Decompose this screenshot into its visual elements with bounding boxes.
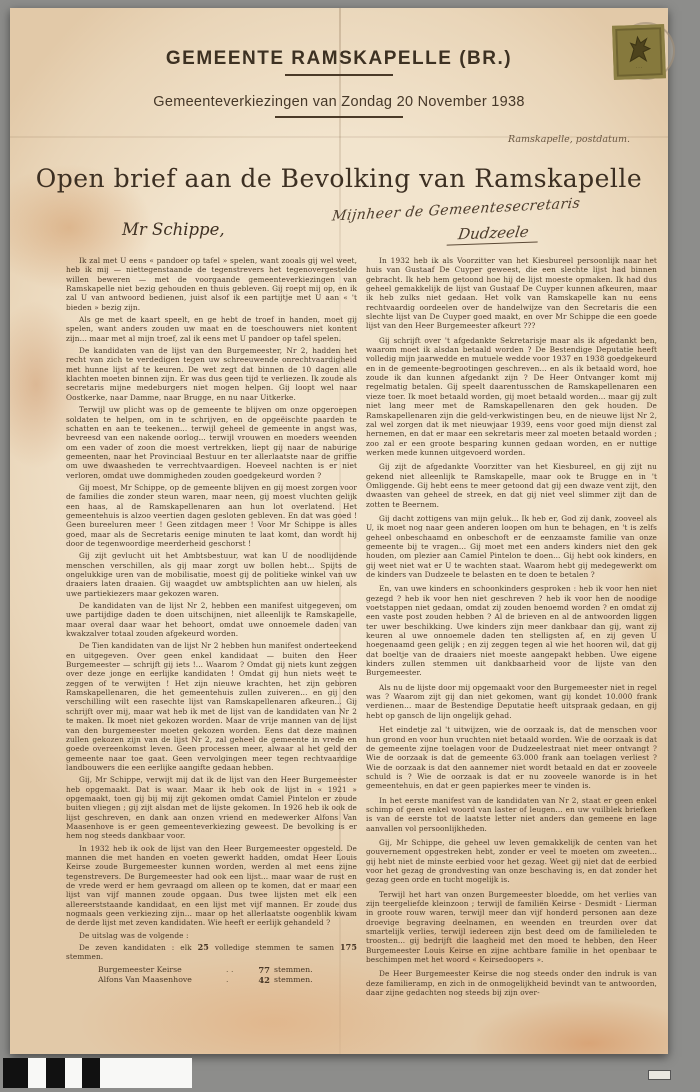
handwritten-recipient-line1: Mijnheer de Gemeentesecretaris xyxy=(331,195,581,224)
stamp-denomination: ··· xyxy=(616,64,662,72)
calibration-black-block xyxy=(3,1058,28,1088)
letter-title: Open brief aan de Bevolking van Ramskape… xyxy=(10,164,668,193)
paragraph: Het eindetje zal 't uitwijzen, wie de oo… xyxy=(366,725,657,790)
scale-chip xyxy=(648,1070,671,1080)
paragraph: Terwijl uw plicht was op de gemeente te … xyxy=(66,405,357,480)
header-municipality: GEMEENTE RAMSKAPELLE (BR.) xyxy=(10,48,668,70)
result-candidate-name: Alfons Van Maasenhove xyxy=(98,975,226,985)
leader-dots: . . xyxy=(226,965,252,975)
paragraph: In 1932 heb ik als Voorzitter van het Ki… xyxy=(366,256,657,331)
postage-stamp: ··· xyxy=(612,24,666,80)
paragraph: Als nu de lijste door mij opgemaakt voor… xyxy=(366,683,657,720)
paragraph: Als ge met de kaart speelt, en ge hebt d… xyxy=(66,315,357,343)
paragraph: En, van uwe kinders en schoonkinders ges… xyxy=(366,584,657,677)
votes-total-value: 175 xyxy=(340,942,357,952)
paragraph: Gij dacht zottigens van mijn geluk... Ik… xyxy=(366,514,657,579)
calibration-white-block xyxy=(65,1058,82,1088)
subtitle-underline xyxy=(275,116,403,118)
paragraph: Gij zijt gevlucht uit het Ambtsbestuur, … xyxy=(66,551,357,598)
votes-each-value: 25 xyxy=(198,942,209,952)
header-subtitle: Gemeenteverkiezingen van Zondag 20 Novem… xyxy=(10,94,668,110)
postdate-note: Ramskapelle, postdatum. xyxy=(508,134,630,145)
paragraph: Terwijl het hart van onzen Burgemeester … xyxy=(366,890,657,965)
results-summary-text: volledige stemmen te samen xyxy=(209,943,340,952)
result-candidate-name: Burgemeester Keirse xyxy=(98,965,226,975)
header-underline xyxy=(285,74,393,76)
result-row: Alfons Van Maasenhove . 42 stemmen. xyxy=(98,975,357,985)
paragraph: Gij, Mr Schippe, verwijt mij dat ik de l… xyxy=(66,775,357,840)
results-summary-text: De zeven kandidaten : elk xyxy=(79,943,198,952)
results-intro: De uitslag was de volgende : xyxy=(66,931,357,940)
leader-dots: . xyxy=(226,975,252,985)
calibration-white-bar xyxy=(100,1058,192,1088)
document-paper: GEMEENTE RAMSKAPELLE (BR.) Gemeenteverki… xyxy=(10,8,668,1054)
salutation: Mr Schippe, xyxy=(122,220,225,239)
paragraph: De Heer Burgemeester Keirse die nog stee… xyxy=(366,969,657,997)
result-votes: 77 xyxy=(252,965,270,975)
letter-body: Ik zal met U eens « pandoer op tafel » s… xyxy=(66,256,658,1048)
paragraph: Ik zal met U eens « pandoer op tafel » s… xyxy=(66,256,357,312)
result-row: Burgemeester Keirse . . 77 stemmen. xyxy=(98,965,357,975)
paragraph: De kandidaten van de lijst van den Burge… xyxy=(66,346,357,402)
paragraph: De Tien kandidaten van de lijst Nr 2 heb… xyxy=(66,641,357,772)
paragraph: De kandidaten van de lijst Nr 2, hebben … xyxy=(66,601,357,638)
calibration-black-block xyxy=(46,1058,65,1088)
left-column: Ik zal met U eens « pandoer op tafel » s… xyxy=(66,256,357,1048)
result-unit: stemmen. xyxy=(274,975,313,985)
calibration-white-block xyxy=(28,1058,46,1088)
results-summary-text: stemmen. xyxy=(66,952,103,961)
paragraph: In 1932 heb ik ook de lijst van den Heer… xyxy=(66,844,357,928)
paragraph: Gij schrijft over 't afgedankte Sekretar… xyxy=(366,336,657,457)
results-summary: De zeven kandidaten : elk 25 volledige s… xyxy=(66,943,357,962)
paragraph: Gij moest, Mr Schippe, op de gemeente bl… xyxy=(66,483,357,548)
paragraph: Gij, Mr Schippe, die geheel uw leven gem… xyxy=(366,838,657,885)
paragraph: Gij zijt de afgedankte Voorzitter van he… xyxy=(366,462,657,509)
result-unit: stemmen. xyxy=(274,965,313,975)
lion-rampant-icon xyxy=(621,30,656,65)
paragraph: In het eerste manifest van de kandidaten… xyxy=(366,796,657,833)
handwritten-recipient-line2: Dudzeele xyxy=(447,222,540,245)
calibration-black-block xyxy=(82,1058,100,1088)
result-votes: 42 xyxy=(252,975,270,985)
right-column: In 1932 heb ik als Voorzitter van het Ki… xyxy=(366,256,657,1048)
calibration-strip xyxy=(3,1058,192,1088)
